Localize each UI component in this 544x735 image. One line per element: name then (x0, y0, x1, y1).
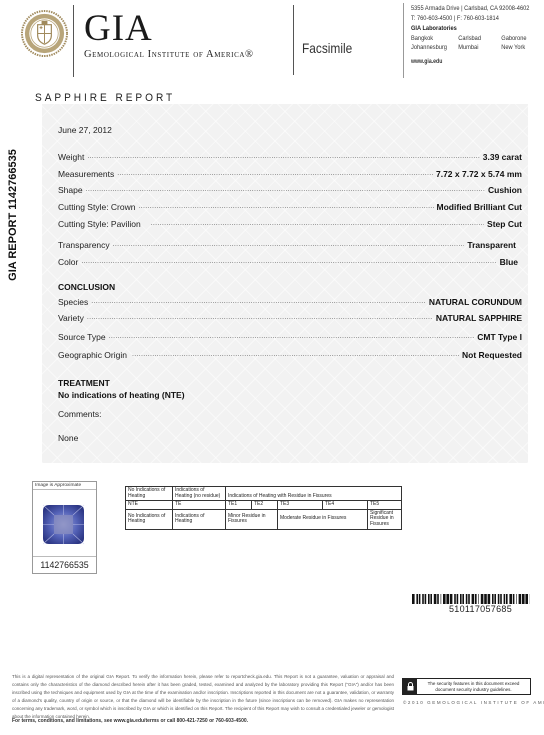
row-label: Weight (58, 152, 84, 162)
brand-short: GIA (84, 12, 254, 46)
lab-location: Bangkok (411, 34, 458, 44)
leader-dots: ........................................… (91, 297, 426, 307)
table-cell: No Indications of Heating (126, 509, 173, 529)
leader-dots: ........................................… (86, 185, 485, 195)
comments-label: Comments: (58, 409, 101, 419)
report-number-side-label: GIA REPORT 1142766535 (7, 149, 19, 281)
measurement-row-transparency: Transparency ...........................… (58, 238, 522, 250)
treatment-heading: TREATMENT (58, 378, 110, 388)
gia-seal-icon (21, 10, 68, 57)
table-cell: TE1 (226, 501, 252, 510)
table-row: No Indications of Heating Indications of… (126, 509, 402, 529)
facsimile-divider (293, 5, 294, 75)
row-label: Geographic Origin (58, 350, 127, 360)
table-cell: TE5 (368, 501, 402, 510)
table-cell: Moderate Residue in Fissures (278, 509, 368, 529)
leader-dots: ........................................… (87, 152, 479, 162)
row-label: Cutting Style: Pavilion (58, 219, 141, 229)
lab-location: Johannesburg (411, 43, 458, 53)
heating-indications-table: No Indications of Heating Indications of… (125, 486, 402, 530)
barcode-number: 510117057685 (449, 604, 512, 614)
row-value: 3.39 carat (483, 152, 522, 162)
report-date: June 27, 2012 (58, 125, 112, 135)
comments-value: None (58, 433, 78, 443)
table-cell: Indications of Heating (173, 509, 226, 529)
row-value: Modified Brilliant Cut (437, 202, 522, 212)
row-value: Transparent (467, 240, 516, 250)
leader-dots: ........................................… (117, 169, 433, 179)
address: 5355 Armada Drive | Carlsbad, CA 92008-4… (411, 4, 540, 14)
table-cell: TE (173, 501, 226, 510)
disclaimer-text: This is a digital representation of the … (12, 673, 394, 721)
row-label: Source Type (58, 332, 106, 342)
lab-location: Mumbai (458, 43, 501, 53)
table-cell: TE4 (323, 501, 368, 510)
table-cell: TE3 (278, 501, 323, 510)
row-value: Step Cut (487, 219, 522, 229)
row-label: Species (58, 297, 88, 307)
security-notice: The security features in this document e… (402, 678, 531, 695)
measurement-row-weight: Weight .................................… (58, 150, 522, 162)
row-label: Shape (58, 185, 83, 195)
measurement-row-measurements: Measurements ...........................… (58, 167, 522, 179)
gem-image-box: Image is Approximate 1142766535 (32, 481, 97, 574)
table-row: NTE TE TE1 TE2 TE3 TE4 TE5 (126, 501, 402, 510)
conclusion-row-species: Species ................................… (58, 295, 522, 307)
security-text: The security features in this document e… (417, 681, 530, 692)
contact-block: 5355 Armada Drive | Carlsbad, CA 92008-4… (411, 4, 540, 68)
leader-dots: ........................................… (109, 332, 475, 342)
lab-location: New York (501, 43, 540, 53)
brand-full: Gemological Institute of America® (84, 49, 254, 60)
leader-dots: ........................................… (87, 313, 433, 323)
sapphire-image-icon (42, 504, 85, 545)
measurement-row-crown: Cutting Style: Crown ...................… (58, 200, 522, 212)
table-cell: Significant Residue in Fissures (368, 509, 402, 529)
row-label: Cutting Style: Crown (58, 202, 135, 212)
row-label: Transparency (58, 240, 110, 250)
treatment-value: No indications of heating (NTE) (58, 390, 185, 400)
document-type: Facsimile (302, 40, 352, 56)
row-value: 7.72 x 7.72 x 5.74 mm (436, 169, 522, 179)
conclusion-row-variety: Variety ................................… (58, 311, 522, 323)
website-link[interactable]: www.gia.edu (411, 58, 540, 68)
lab-location: Gaborone (501, 34, 540, 44)
row-value: NATURAL SAPPHIRE (436, 313, 522, 323)
copyright-text: ©2010 GEMOLOGICAL INSTITUTE OF AMERICA, … (403, 700, 544, 705)
leader-dots: ........................................… (81, 257, 496, 267)
image-caption: Image is Approximate (33, 482, 96, 490)
conclusion-row-geographic-origin: Geographic Origin ......................… (58, 348, 522, 360)
table-cell: NTE (126, 501, 173, 510)
lab-location: Carlsbad (458, 34, 501, 44)
row-label: Color (58, 257, 78, 267)
row-label: Variety (58, 313, 84, 323)
measurement-row-pavilion: Cutting Style: Pavilion ................… (58, 217, 522, 229)
leader-dots: ........................................… (132, 350, 459, 360)
table-cell: Indications of Heating (no residue) (173, 487, 226, 501)
lock-icon (403, 679, 417, 694)
table-cell: No Indications of Heating (126, 487, 173, 501)
conclusion-heading: CONCLUSION (58, 282, 115, 292)
barcode-icon (412, 594, 530, 604)
measurement-row-shape: Shape ..................................… (58, 183, 522, 195)
leader-dots: ........................................… (151, 219, 484, 229)
labs-list: Bangkok Carlsbad Gaborone Johannesburg M… (411, 34, 540, 53)
terms-text: For terms, conditions, and limitations, … (12, 718, 248, 724)
labs-title: GIA Laboratories (411, 24, 540, 34)
row-value: Blue (500, 257, 518, 267)
report-title: SAPPHIRE REPORT (35, 92, 175, 104)
row-value: Cushion (488, 185, 522, 195)
header-divider (73, 5, 74, 77)
table-cell: TE2 (252, 501, 278, 510)
brand-logo: GIA Gemological Institute of America® (84, 12, 254, 60)
measurement-row-color: Color ..................................… (58, 255, 522, 267)
leader-dots: ........................................… (138, 202, 433, 212)
table-cell: Minor Residue in Fissures (226, 509, 278, 529)
row-value: Not Requested (462, 350, 522, 360)
phone-fax: T: 760-603-4500 | F: 760-603-1814 (411, 14, 540, 24)
contact-divider (403, 3, 404, 78)
row-label: Measurements (58, 169, 114, 179)
row-value: CMT Type I (477, 332, 522, 342)
leader-dots: ........................................… (113, 240, 465, 250)
table-row: No Indications of Heating Indications of… (126, 487, 402, 501)
conclusion-row-source-type: Source Type ............................… (58, 330, 522, 342)
table-cell: Indications of Heating with Residue in F… (226, 487, 402, 501)
row-value: NATURAL CORUNDUM (429, 297, 522, 307)
image-report-number: 1142766535 (33, 556, 96, 573)
